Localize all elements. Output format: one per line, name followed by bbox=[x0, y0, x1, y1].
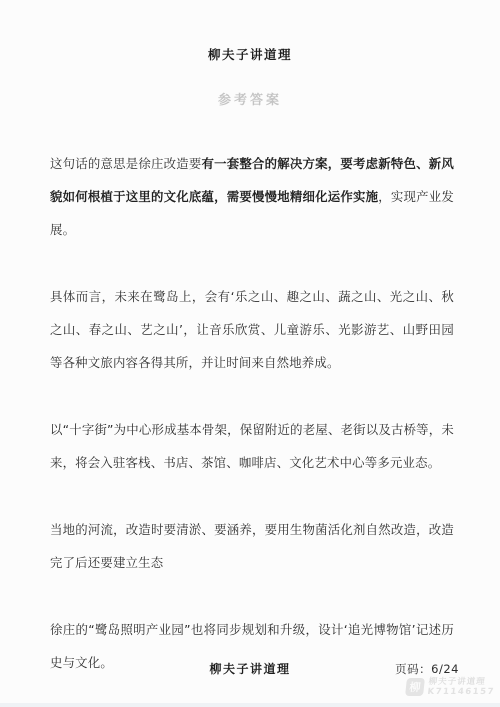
paragraph-segment: 当地的河流，改造时要清淤、要涵养，要用生物菌活化剂自然改造，改造完了后还要建立生… bbox=[50, 522, 454, 570]
watermark-channel-id: K71146157 bbox=[427, 687, 495, 697]
page-number-label: 页码：6/24 bbox=[395, 660, 459, 678]
watermark-channel-name: 柳夫子讲道理 bbox=[428, 677, 496, 687]
paragraph: 这句话的意思是徐庄改造要有一套整合的解决方案，要考虑新特色、新风貌如何根植于这里… bbox=[50, 147, 454, 246]
paragraph: 具体而言，未来在鹭岛上，会有‘乐之山、趣之山、蔬之山、光之山、秋之山、春之山、艺… bbox=[50, 280, 454, 379]
paragraph-segment: 以“十字街”为中心形成基本骨架，保留附近的老屋、老街以及古桥等，未来，将会入驻客… bbox=[50, 422, 454, 470]
answer-paragraphs: 这句话的意思是徐庄改造要有一套整合的解决方案，要考虑新特色、新风貌如何根植于这里… bbox=[0, 147, 500, 679]
watermark-text: 柳夫子讲道理 K71146157 bbox=[427, 677, 497, 697]
watermark-logo-icon: 柳 bbox=[405, 678, 425, 696]
document-page: 柳夫子讲道理 参考答案 这句话的意思是徐庄改造要有一套整合的解决方案，要考虑新特… bbox=[0, 0, 500, 707]
paragraph: 以“十字街”为中心形成基本骨架，保留附近的老屋、老街以及古桥等，未来，将会入驻客… bbox=[50, 413, 454, 479]
page-title: 柳夫子讲道理 bbox=[0, 0, 500, 63]
bottom-edge-strip bbox=[0, 703, 500, 707]
paragraph: 当地的河流，改造时要清淤、要涵养，要用生物菌活化剂自然改造，改造完了后还要建立生… bbox=[50, 513, 454, 579]
paragraph-segment: 这句话的意思是徐庄改造要 bbox=[50, 156, 202, 171]
watermark: 柳 柳夫子讲道理 K71146157 bbox=[405, 677, 497, 697]
paragraph-segment: 具体而言，未来在鹭岛上，会有‘乐之山、趣之山、蔬之山、光之山、秋之山、春之山、艺… bbox=[50, 289, 454, 370]
answer-label: 参考答案 bbox=[0, 92, 500, 110]
page-footer: 柳夫子讲道理 页码：6/24 bbox=[0, 660, 500, 678]
